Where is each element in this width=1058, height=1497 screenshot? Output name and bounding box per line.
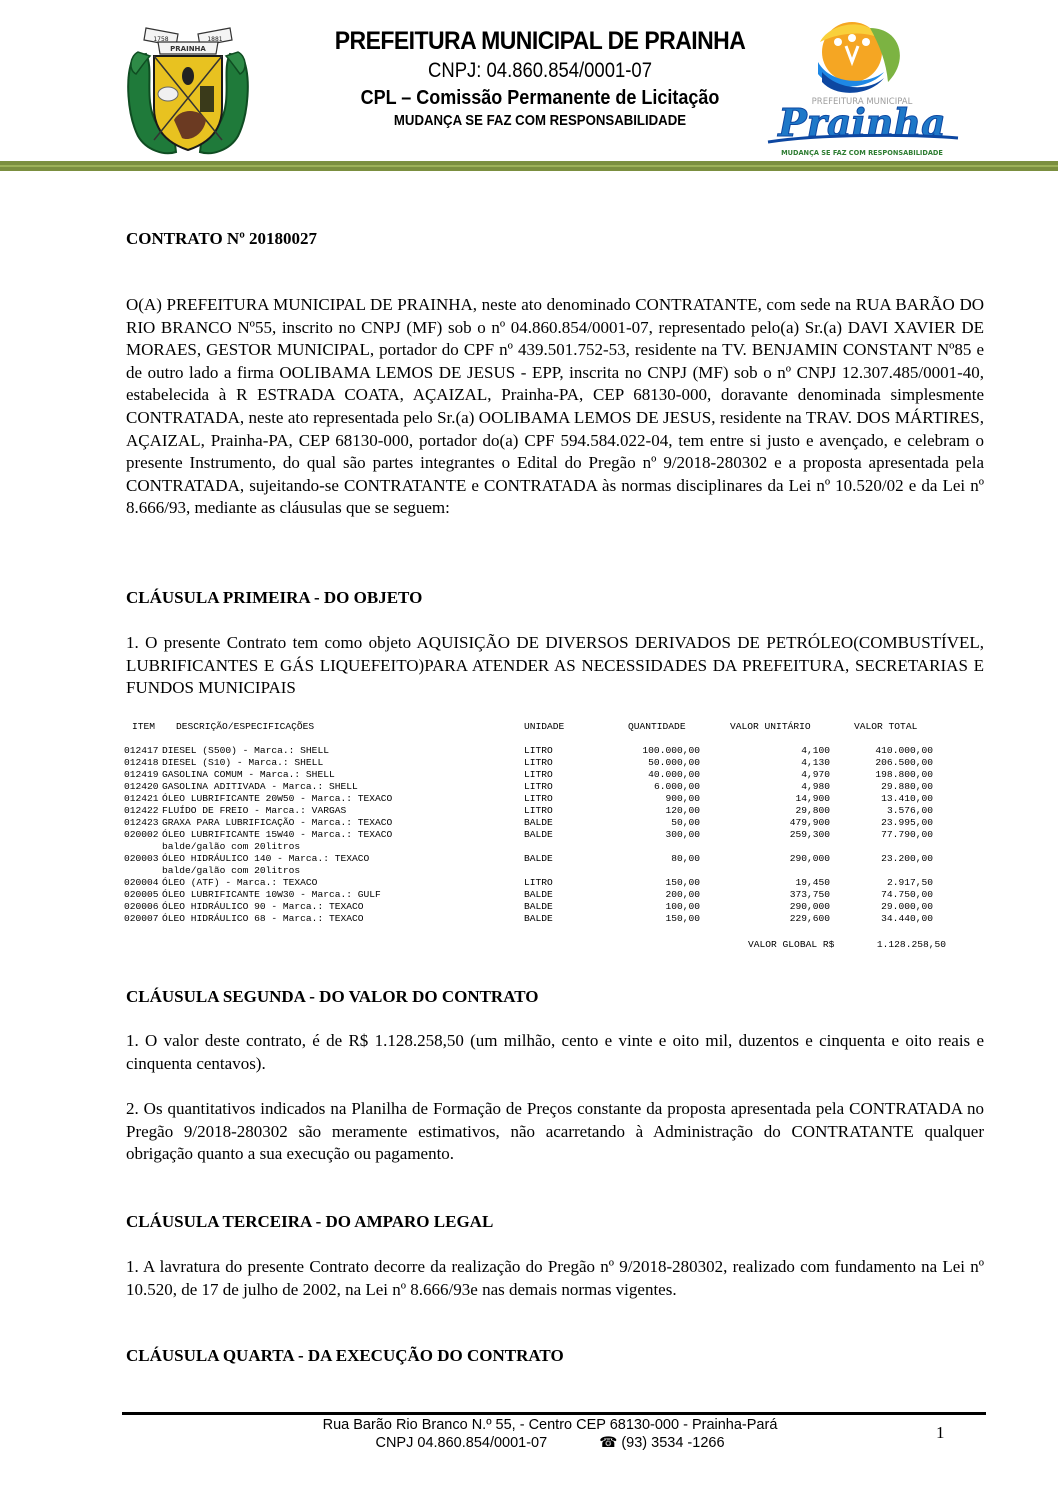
telephone-icon: ☎ [599, 1434, 617, 1452]
item-description: ÓLEO HIDRÁULICO 68 - Marca.: TEXACO [162, 913, 462, 925]
item-code: 012417 [124, 745, 164, 757]
item-code: 012419 [124, 769, 164, 781]
item-unit: BALDE [524, 817, 553, 829]
committee-name: CPL – Comissão Permanente de Licitação [324, 85, 756, 111]
letterhead: 1758 1881 PRAINHA PREFEITURA MUNICIPAL D… [0, 0, 1058, 175]
item-unit: LITRO [524, 769, 553, 781]
item-description: GASOLINA COMUM - Marca.: SHELL [162, 769, 462, 781]
item-unit-value: 479,900 [734, 817, 830, 829]
column-header-description: DESCRIÇÃO/ESPECIFICAÇÕES [176, 721, 476, 733]
item-total: 29.000,00 [844, 901, 933, 913]
item-quantity: 100.000,00 [614, 745, 700, 757]
item-description-detail: balde/galão com 20litros [162, 865, 462, 877]
item-quantity: 6.000,00 [614, 781, 700, 793]
item-unit-value: 290,000 [734, 901, 830, 913]
item-quantity: 120,00 [614, 805, 700, 817]
item-description: ÓLEO HIDRÁULICO 140 - Marca.: TEXACO [162, 853, 462, 865]
table-row: 012418DIESEL (S10) - Marca.: SHELLLITRO5… [124, 757, 954, 769]
footer: Rua Barão Rio Branco N.º 55, - Centro CE… [250, 1416, 850, 1452]
item-description: ÓLEO LUBRIFICANTE 10W30 - Marca.: GULF [162, 889, 462, 901]
item-code: 020003 [124, 853, 164, 865]
column-header-unit: UNIDADE [524, 721, 564, 733]
clause-3-paragraph-1: 1. A lavratura do presente Contrato deco… [126, 1256, 984, 1301]
column-header-unit-value: VALOR UNITÁRIO [730, 721, 840, 733]
items-table-header: ITEM DESCRIÇÃO/ESPECIFICAÇÕES UNIDADE QU… [124, 721, 954, 733]
item-quantity: 80,00 [614, 853, 700, 865]
item-unit-value: 4,980 [734, 781, 830, 793]
item-unit-value: 4,130 [734, 757, 830, 769]
item-description: ÓLEO HIDRÁULICO 90 - Marca.: TEXACO [162, 901, 462, 913]
column-header-item: ITEM [132, 721, 172, 733]
page-number: 1 [936, 1423, 945, 1443]
item-code: 012420 [124, 781, 164, 793]
crest-banner-text: PRAINHA [170, 45, 206, 53]
item-code: 020002 [124, 829, 164, 841]
contract-preamble: O(A) PREFEITURA MUNICIPAL DE PRAINHA, ne… [126, 294, 984, 520]
clause-2-title: CLÁUSULA SEGUNDA - DO VALOR DO CONTRATO [126, 987, 538, 1007]
global-value-label: VALOR GLOBAL R$ [748, 939, 834, 950]
item-code: 012421 [124, 793, 164, 805]
item-unit-value: 29,800 [734, 805, 830, 817]
global-value-amount: 1.128.258,50 [854, 939, 946, 950]
footer-address: Rua Barão Rio Branco N.º 55, - Centro CE… [250, 1416, 850, 1434]
clause-1-title: CLÁUSULA PRIMEIRA - DO OBJETO [126, 588, 422, 608]
clause-3-title: CLÁUSULA TERCEIRA - DO AMPARO LEGAL [126, 1212, 493, 1232]
item-code: 020007 [124, 913, 164, 925]
item-quantity: 50.000,00 [614, 757, 700, 769]
item-unit-value: 4,970 [734, 769, 830, 781]
global-value-row: VALOR GLOBAL R$ 1.128.258,50 [124, 939, 954, 951]
clause-2-paragraph-2: 2. Os quantitativos indicados na Planilh… [126, 1098, 984, 1166]
item-unit: LITRO [524, 877, 553, 889]
item-total: 410.000,00 [844, 745, 933, 757]
item-unit-value: 14,900 [734, 793, 830, 805]
item-total: 23.995,00 [844, 817, 933, 829]
clause-4-title: CLÁUSULA QUARTA - DA EXECUÇÃO DO CONTRAT… [126, 1346, 564, 1366]
footer-contact: CNPJ 04.860.854/0001-07 ☎ (93) 3534 -126… [250, 1434, 850, 1452]
item-code: 012418 [124, 757, 164, 769]
item-total: 29.880,00 [844, 781, 933, 793]
item-quantity: 100,00 [614, 901, 700, 913]
footer-phone: (93) 3534 -1266 [621, 1434, 724, 1452]
item-code: 020004 [124, 877, 164, 889]
item-description: GRAXA PARA LUBRIFICAÇÃO - Marca.: TEXACO [162, 817, 462, 829]
item-unit: LITRO [524, 781, 553, 793]
table-row: 012420GASOLINA ADITIVADA - Marca.: SHELL… [124, 781, 954, 793]
footer-divider [122, 1412, 986, 1415]
contract-title: CONTRATO Nº 20180027 [126, 229, 317, 249]
item-unit: BALDE [524, 889, 553, 901]
item-quantity: 50,00 [614, 817, 700, 829]
table-row: 012422FLUÍDO DE FREIO - Marca.: VARGASLI… [124, 805, 954, 817]
item-unit-value: 290,000 [734, 853, 830, 865]
item-unit: LITRO [524, 757, 553, 769]
slogan: MUDANÇA SE FAZ COM RESPONSABILIDADE [329, 111, 751, 131]
item-description: ÓLEO LUBRIFICANTE 20W50 - Marca.: TEXACO [162, 793, 462, 805]
letterhead-text: PREFEITURA MUNICIPAL DE PRAINHA CNPJ: 04… [300, 26, 780, 131]
item-unit-value: 4,100 [734, 745, 830, 757]
table-row: 012417DIESEL (S500) - Marca.: SHELLLITRO… [124, 745, 954, 757]
item-quantity: 150,00 [614, 877, 700, 889]
header-divider [0, 161, 1058, 171]
item-description: ÓLEO LUBRIFICANTE 15W40 - Marca.: TEXACO [162, 829, 462, 841]
footer-cnpj: CNPJ 04.860.854/0001-07 [375, 1434, 547, 1452]
brand-tagline: MUDANÇA SE FAZ COM RESPONSABILIDADE [781, 149, 943, 157]
items-table: ITEM DESCRIÇÃO/ESPECIFICAÇÕES UNIDADE QU… [124, 721, 954, 925]
clause-1-paragraph-1: 1. O presente Contrato tem como objeto A… [126, 632, 984, 700]
table-row: 020002ÓLEO LUBRIFICANTE 15W40 - Marca.: … [124, 829, 954, 853]
column-header-quantity: QUANTIDADE [628, 721, 708, 733]
item-total: 13.410,00 [844, 793, 933, 805]
table-row: 012419GASOLINA COMUM - Marca.: SHELLLITR… [124, 769, 954, 781]
item-unit: BALDE [524, 913, 553, 925]
items-table-body: 012417DIESEL (S500) - Marca.: SHELLLITRO… [124, 745, 954, 925]
item-description-detail: balde/galão com 20litros [162, 841, 462, 853]
item-description: DIESEL (S10) - Marca.: SHELL [162, 757, 462, 769]
item-total: 2.917,50 [844, 877, 933, 889]
table-row: 020005ÓLEO LUBRIFICANTE 10W30 - Marca.: … [124, 889, 954, 901]
table-row: 020007ÓLEO HIDRÁULICO 68 - Marca.: TEXAC… [124, 913, 954, 925]
item-code: 012423 [124, 817, 164, 829]
item-total: 3.576,00 [844, 805, 933, 817]
item-quantity: 200,00 [614, 889, 700, 901]
table-row: 020004ÓLEO (ATF) - Marca.: TEXACOLITRO15… [124, 877, 954, 889]
prainha-brand-logo-icon: PREFEITURA MUNICIPAL Prainha MUDANÇA SE … [760, 12, 965, 160]
item-quantity: 40.000,00 [614, 769, 700, 781]
item-description: GASOLINA ADITIVADA - Marca.: SHELL [162, 781, 462, 793]
column-header-total: VALOR TOTAL [854, 721, 944, 733]
item-total: 23.200,00 [844, 853, 933, 865]
item-unit: BALDE [524, 829, 553, 841]
item-unit: BALDE [524, 853, 553, 865]
item-total: 74.750,00 [844, 889, 933, 901]
item-code: 012422 [124, 805, 164, 817]
table-row: 012423GRAXA PARA LUBRIFICAÇÃO - Marca.: … [124, 817, 954, 829]
item-unit: LITRO [524, 745, 553, 757]
item-unit: LITRO [524, 805, 553, 817]
organization-cnpj: CNPJ: 04.860.854/0001-07 [329, 57, 751, 85]
item-quantity: 900,00 [614, 793, 700, 805]
table-row: 020003ÓLEO HIDRÁULICO 140 - Marca.: TEXA… [124, 853, 954, 877]
item-code: 020005 [124, 889, 164, 901]
item-description: FLUÍDO DE FREIO - Marca.: VARGAS [162, 805, 462, 817]
item-unit: LITRO [524, 793, 553, 805]
item-total: 206.500,00 [844, 757, 933, 769]
item-total: 77.790,00 [844, 829, 933, 841]
organization-title: PREFEITURA MUNICIPAL DE PRAINHA [319, 26, 761, 56]
table-row: 012421ÓLEO LUBRIFICANTE 20W50 - Marca.: … [124, 793, 954, 805]
item-description: ÓLEO (ATF) - Marca.: TEXACO [162, 877, 462, 889]
item-description: DIESEL (S500) - Marca.: SHELL [162, 745, 462, 757]
item-unit-value: 259,300 [734, 829, 830, 841]
item-quantity: 300,00 [614, 829, 700, 841]
table-row: 020006ÓLEO HIDRÁULICO 90 - Marca.: TEXAC… [124, 901, 954, 913]
item-total: 34.440,00 [844, 913, 933, 925]
item-total: 198.800,00 [844, 769, 933, 781]
item-unit: BALDE [524, 901, 553, 913]
item-quantity: 150,00 [614, 913, 700, 925]
municipal-coat-of-arms-icon: 1758 1881 PRAINHA [124, 16, 252, 158]
item-unit-value: 373,750 [734, 889, 830, 901]
item-code: 020006 [124, 901, 164, 913]
item-unit-value: 19,450 [734, 877, 830, 889]
clause-2-paragraph-1: 1. O valor deste contrato, é de R$ 1.128… [126, 1030, 984, 1075]
item-unit-value: 229,600 [734, 913, 830, 925]
